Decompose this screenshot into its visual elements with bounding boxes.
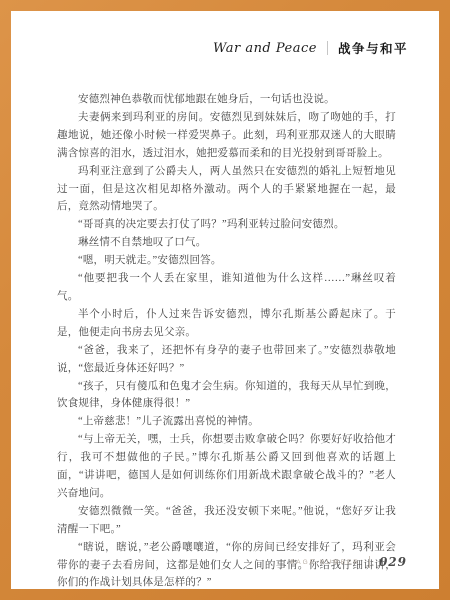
header-divider bbox=[327, 41, 328, 55]
body-paragraph: “他要把我一个人丢在家里，谁知道他为什么这样……”琳丝叹着气。 bbox=[57, 270, 396, 306]
body-paragraph: “哥哥真的决定要去打仗了吗？”玛利亚转过脸问安德烈。 bbox=[57, 216, 396, 234]
body-paragraph: 夫妻俩来到玛利亚的房间。安德烈见到妹妹后，吻了吻她的手，打趣地说，她还像小时候一… bbox=[57, 109, 396, 163]
body-paragraph: “嗯，明天就走。”安德烈回答。 bbox=[57, 252, 396, 270]
footer-divider bbox=[369, 556, 370, 568]
book-page-frame: War and Peace 战争与和平 安德烈神色恭敬而忧郁地跟在她身后，一句话… bbox=[0, 0, 450, 600]
book-page: War and Peace 战争与和平 安德烈神色恭敬而忧郁地跟在她身后，一句话… bbox=[11, 11, 439, 589]
page-footer: PAGE NUMBER 029 bbox=[290, 555, 407, 569]
page-header: War and Peace 战争与和平 bbox=[213, 39, 408, 57]
body-paragraph: “上帝慈悲！”儿子流露出喜悦的神情。 bbox=[57, 413, 396, 431]
book-title-chinese: 战争与和平 bbox=[338, 39, 408, 57]
body-paragraph: 半个小时后，仆人过来告诉安德烈，博尔孔斯基公爵起床了。于是，他便走向书房去见父亲… bbox=[57, 306, 396, 342]
body-paragraph: 玛利亚注意到了公爵夫人，两人虽然只在安德烈的婚礼上短暂地见过一面，但是这次相见却… bbox=[57, 163, 396, 217]
body-paragraph: 琳丝情不自禁地叹了口气。 bbox=[57, 234, 396, 252]
body-paragraph: “孩子，只有傻瓜和色鬼才会生病。你知道的，我每天从早忙到晚，饮食规律，身体健康得… bbox=[57, 378, 396, 414]
body-paragraph: 安德烈神色恭敬而忧郁地跟在她身后，一句话也没说。 bbox=[57, 91, 396, 109]
page-number-label: PAGE NUMBER bbox=[290, 559, 360, 566]
body-paragraph: “与上帝无关，嘿，士兵，你想要击败拿破仑吗？你要好好收拾他才行，我可不想做他的子… bbox=[57, 431, 396, 503]
page-number: 029 bbox=[379, 555, 407, 569]
body-paragraph: “爸爸，我来了，还把怀有身孕的妻子也带回来了。”安德烈恭敬地说，“您最近身体还好… bbox=[57, 342, 396, 378]
body-text: 安德烈神色恭敬而忧郁地跟在她身后，一句话也没说。 夫妻俩来到玛利亚的房间。安德烈… bbox=[57, 91, 396, 592]
book-title-english: War and Peace bbox=[213, 41, 317, 56]
body-paragraph: 安德烈微微一笑。“爸爸，我还没安顿下来呢。”他说，“您好歹让我清醒一下吧。” bbox=[57, 503, 396, 539]
